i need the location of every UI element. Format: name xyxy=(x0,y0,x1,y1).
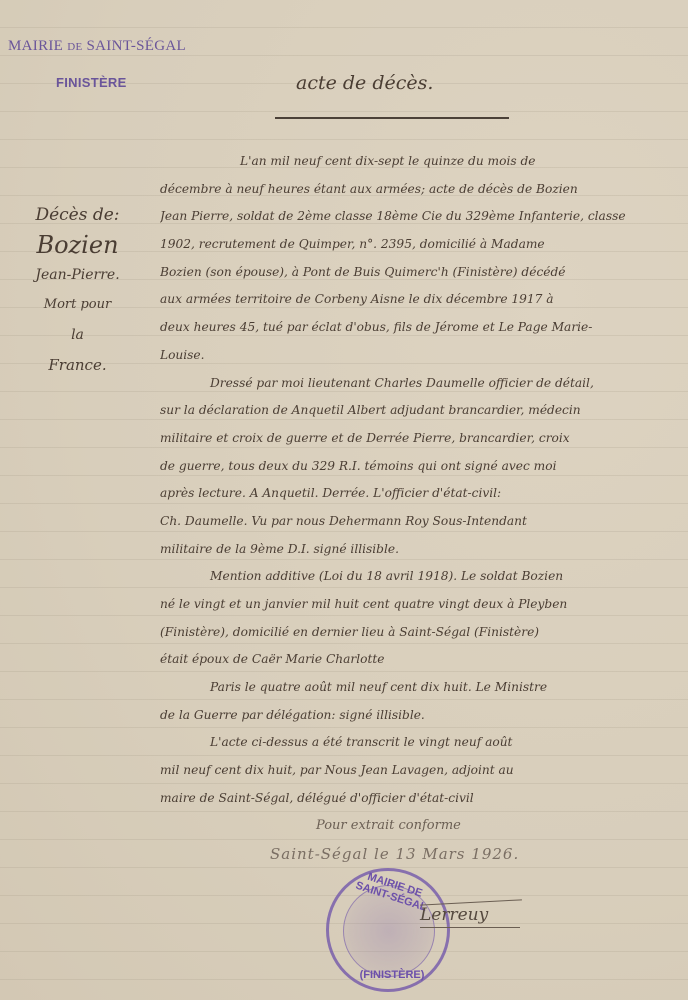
body-line: de guerre, tous deux du 329 R.I. témoins… xyxy=(160,453,680,481)
stamp-de: DE xyxy=(67,41,82,53)
stamp-mairie: MAIRIE xyxy=(8,38,63,54)
stamp-commune: SAINT-SÉGAL xyxy=(87,38,186,54)
margin-note-line: Mort pour xyxy=(10,290,145,320)
margin-note-line: la xyxy=(10,320,145,350)
margin-note-firstname: Jean-Pierre. xyxy=(10,260,145,290)
body-line: militaire et croix de guerre et de Derré… xyxy=(160,425,680,453)
body-line: Louise. xyxy=(160,342,680,370)
seal-bottom-text: (FINISTÈRE) xyxy=(347,969,437,981)
margin-note-line: Décès de: xyxy=(10,200,145,230)
body-line: Mention additive (Loi du 18 avril 1918).… xyxy=(160,563,680,591)
stamp-department: FINISTÈRE xyxy=(56,75,127,90)
body-line: Ch. Daumelle. Vu par nous Dehermann Roy … xyxy=(160,508,680,536)
body-line: aux armées territoire de Corbeny Aisne l… xyxy=(160,286,680,314)
body-line: Dressé par moi lieutenant Charles Daumel… xyxy=(160,370,680,398)
body-line: Jean Pierre, soldat de 2ème classe 18ème… xyxy=(160,203,680,231)
place-date-line: Saint-Ségal le 13 Mars 1926. xyxy=(270,845,519,863)
mairie-stamp-header: MAIRIE DE SAINT-SÉGAL xyxy=(8,38,186,55)
signature: Lerreuy xyxy=(420,905,520,928)
title-underline xyxy=(275,117,509,119)
body-line: après lecture. A Anquetil. Derrée. L'off… xyxy=(160,480,680,508)
body-line: Bozien (son épouse), à Pont de Buis Quim… xyxy=(160,259,680,287)
body-line: militaire de la 9ème D.I. signé illisibl… xyxy=(160,536,680,564)
body-line: né le vingt et un janvier mil huit cent … xyxy=(160,591,680,619)
body-line: (Finistère), domicilié en dernier lieu à… xyxy=(160,619,680,647)
margin-note-line: France. xyxy=(10,350,145,380)
body-line: était époux de Caër Marie Charlotte xyxy=(160,646,680,674)
margin-note: Décès de: Bozien Jean-Pierre. Mort pour … xyxy=(10,200,145,380)
body-line: L'an mil neuf cent dix-sept le quinze du… xyxy=(160,148,680,176)
body-line: 1902, recrutement de Quimper, n°. 2395, … xyxy=(160,231,680,259)
body-line: mil neuf cent dix huit, par Nous Jean La… xyxy=(160,757,680,785)
certification-line: Pour extrait conforme xyxy=(316,818,461,833)
body-line: sur la déclaration de Anquetil Albert ad… xyxy=(160,397,680,425)
mairie-seal-stamp: MAIRIE DE SAINT-SÉGAL (FINISTÈRE) xyxy=(326,868,450,992)
document-page: MAIRIE DE SAINT-SÉGAL FINISTÈRE acte de … xyxy=(0,0,688,1000)
body-line: décembre à neuf heures étant aux armées;… xyxy=(160,176,680,204)
act-body: L'an mil neuf cent dix-sept le quinze du… xyxy=(160,148,680,813)
body-line: de la Guerre par délégation: signé illis… xyxy=(160,702,680,730)
body-line: Paris le quatre août mil neuf cent dix h… xyxy=(160,674,680,702)
margin-note-surname: Bozien xyxy=(10,230,145,260)
body-line: maire de Saint-Ségal, délégué d'officier… xyxy=(160,785,680,813)
body-line: deux heures 45, tué par éclat d'obus, fi… xyxy=(160,314,680,342)
document-title: acte de décès. xyxy=(296,72,433,94)
body-line: L'acte ci-dessus a été transcrit le ving… xyxy=(160,729,680,757)
